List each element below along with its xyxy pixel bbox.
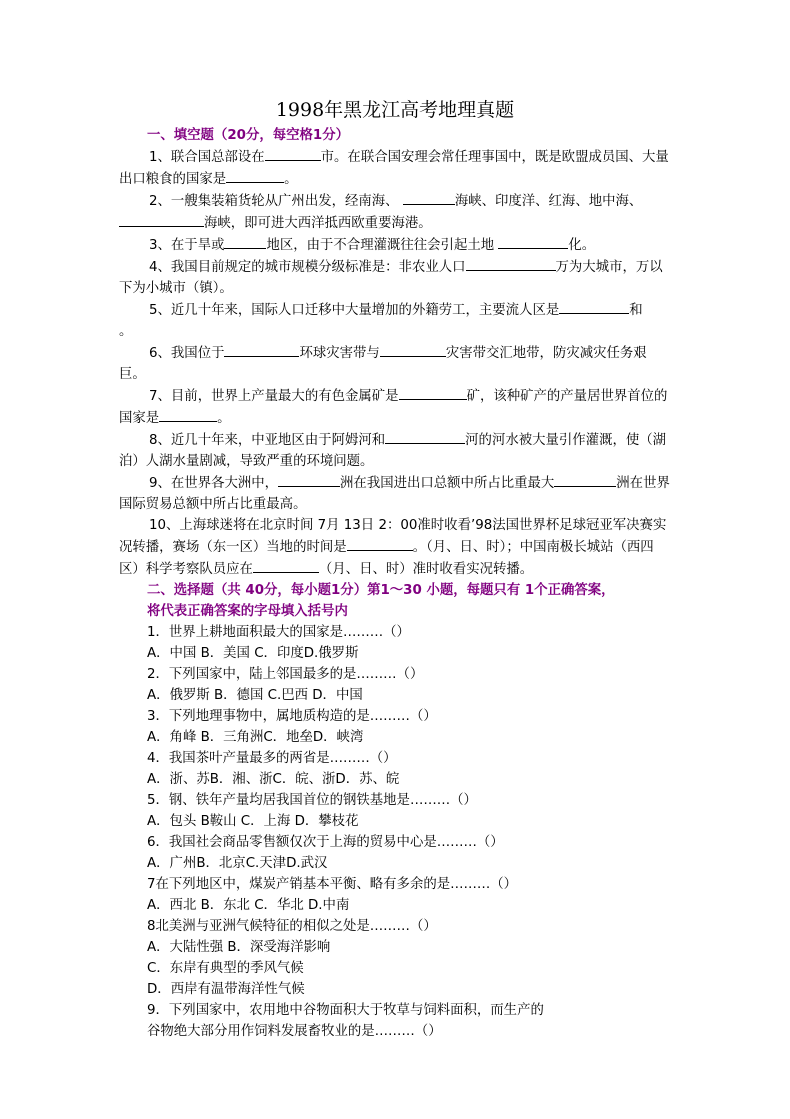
choice-line: 6．我国社会商品零售额仅次于上海的贸易中心是………（） (119, 832, 671, 853)
choice-line: 9．下列国家中，农用地中谷物面积大于牧草与饲料面积，而生产的 (119, 1000, 671, 1021)
question-10: 10、上海球迷将在北京时间 7月 13日 2：00准时收看’98法国世界杯足球冠… (119, 515, 671, 580)
choice-line: 谷物绝大部分用作饲料发展畜牧业的是………（） (119, 1021, 671, 1042)
choice-options: A．大陆性强 B．深受海洋影响 (119, 937, 671, 958)
choice-options: A．浙、苏B．湘、浙C．皖、浙D．苏、皖 (119, 769, 671, 790)
answer-blank (498, 234, 568, 249)
question-8: 8、近几十年来，中亚地区由于阿姆河和河的河水被大量引作灌溉，使（湖泊）人湖水量剧… (119, 429, 671, 472)
choice-line: 8北美洲与亚洲气候特征的相似之处是………（） (119, 916, 671, 937)
question-3: 3、在于旱或地区，由于不合理灌溉往往会引起土地 化。 (119, 234, 671, 256)
answer-blank (466, 256, 556, 271)
answer-blank (265, 146, 321, 161)
answer-blank (224, 342, 299, 357)
choice-line: 1．世界上耕地面积最大的国家是………（） (119, 622, 671, 643)
choice-options: A．西北 B．东北 C．华北 D.中南 (119, 895, 671, 916)
choice-line: 7在下列地区中，煤炭产销基本平衡、略有多余的是………（） (119, 874, 671, 895)
question-2: 2、一艘集装箱货轮从广州出发，经南海、 海峡、印度洋、红海、地中海、海峡，即可进… (119, 190, 671, 234)
answer-blank (253, 558, 319, 573)
choice-options: D．西岸有温带海洋性气候 (119, 979, 671, 1000)
answer-blank (226, 168, 284, 183)
question-6: 6、我国位于环球灾害带与灾害带交汇地带，防灾减灾任务艰巨。 (119, 342, 671, 385)
choice-line: 2．下列国家中，陆上邻国最多的是………（） (119, 664, 671, 685)
answer-blank (119, 212, 204, 227)
question-9: 9、在世界各大洲中，洲在我国进出口总额中所占比重最大洲在世界国际贸易总额中所占比… (119, 472, 671, 515)
choice-options: A．中国 B．美国 C．印度D.俄罗斯 (119, 643, 671, 664)
answer-blank (224, 234, 266, 249)
question-1: 1、联合国总部设在市。在联合国安理会常任理事国中，既是欧盟成员国、大量出口粮食的… (119, 146, 671, 190)
answer-blank (403, 190, 455, 205)
answer-blank (347, 536, 413, 551)
choice-options: A．角峰 B．三角洲C．地垒D．峡湾 (119, 727, 671, 748)
choice-line: 5．钢、铁年产量均居我国首位的钢铁基地是………（） (119, 790, 671, 811)
choice-options: A．广州B．北京C.天津D.武汉 (119, 853, 671, 874)
answer-blank (385, 429, 465, 444)
choice-line: 3．下列地理事物中，属地质构造的是………（） (119, 706, 671, 727)
question-7: 7、目前，世界上产量最大的有色金属矿是矿，该种矿产的产量居世界首位的国家是。 (119, 385, 671, 429)
answer-blank (380, 342, 446, 357)
choice-options: A．俄罗斯 B．德国 C.巴西 D．中国 (119, 685, 671, 706)
question-4: 4、我国目前规定的城市规模分级标准是：非农业人口万为大城市，万以下为小城市（镇）… (119, 256, 671, 299)
answer-blank (278, 472, 340, 487)
choice-questions: 1．世界上耕地面积最大的国家是………（） A．中国 B．美国 C．印度D.俄罗斯… (119, 622, 671, 1042)
question-5: 5、近几十年来，国际人口迁移中大量增加的外籍劳工，主要流人区是和。 (119, 299, 671, 342)
answer-blank (159, 407, 217, 422)
answer-blank (399, 385, 467, 400)
answer-blank (559, 299, 629, 314)
document-body: 一、填空题（20分，每空格1分） 1、联合国总部设在市。在联合国安理会常任理事国… (119, 125, 671, 1042)
choice-options: C．东岸有典型的季风气候 (119, 958, 671, 979)
choice-line: 4．我国茶叶产量最多的两省是………（） (119, 748, 671, 769)
page-title: 1998年黑龙江高考地理真题 (0, 98, 790, 122)
section-2-header: 二、选择题（共 40分，每小题1分）第1～30 小题，每题只有 1个正确答案，将… (119, 580, 671, 622)
choice-options: A．包头 B鞍山 C．上海 D．攀枝花 (119, 811, 671, 832)
answer-blank (554, 472, 616, 487)
document-page: 1998年黑龙江高考地理真题 一、填空题（20分，每空格1分） 1、联合国总部设… (0, 0, 790, 1119)
section-1-header: 一、填空题（20分，每空格1分） (119, 125, 671, 146)
